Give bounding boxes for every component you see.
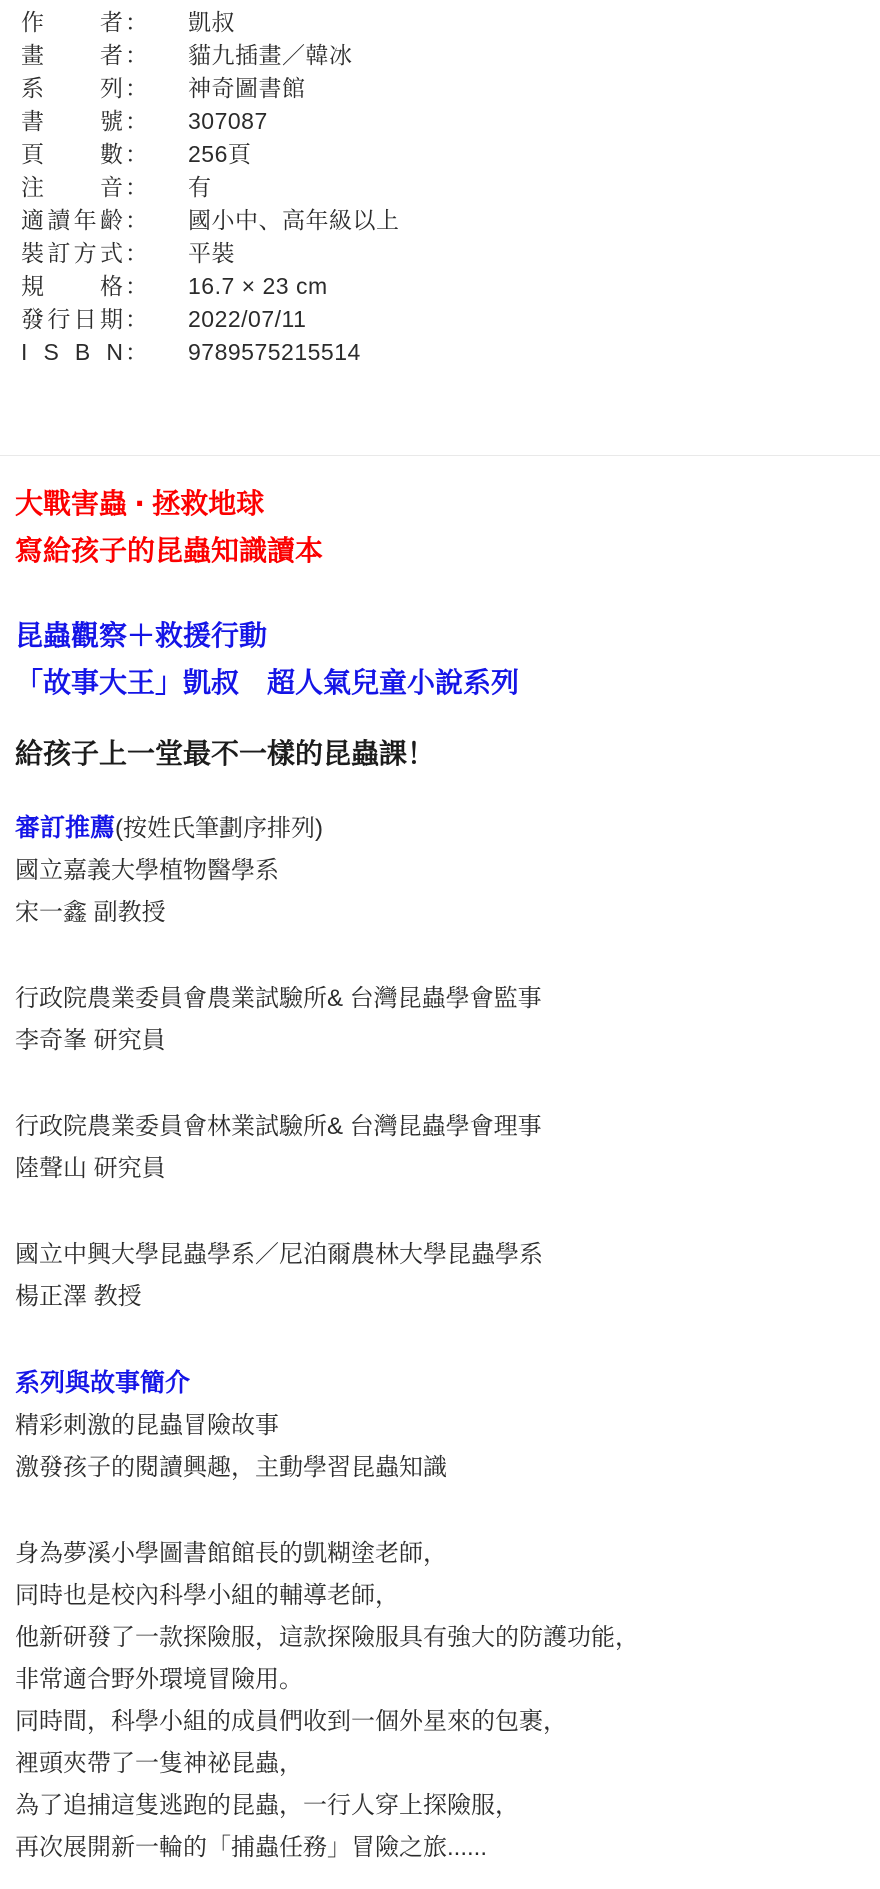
review-entry: 行政院農業委員會農業試驗所& 台灣昆蟲學會監事 李奇峯 研究員 xyxy=(15,978,880,1062)
review-name: 陸聲山 研究員 xyxy=(15,1148,880,1190)
meta-value: 16.7 × 23 cm xyxy=(188,270,328,303)
meta-value: 凱叔 xyxy=(188,6,235,39)
meta-label: 規格 xyxy=(21,270,123,303)
series-intro-title-line: 系列與故事簡介 xyxy=(15,1362,880,1405)
meta-label: 發行日期 xyxy=(21,303,123,336)
meta-colon: ： xyxy=(125,6,148,39)
meta-row-author: 作者：凱叔 xyxy=(21,6,880,39)
meta-label: 裝訂方式 xyxy=(21,237,123,270)
meta-value: 貓九插畫／韓冰 xyxy=(188,39,353,72)
meta-label: 適讀年齡 xyxy=(21,204,123,237)
meta-row-reading-age: 適讀年齡：國小中、高年級以上 xyxy=(21,204,880,237)
story-line: 他新研發了一款探險服，這款探險服具有強大的防護功能， xyxy=(15,1617,880,1659)
meta-row-book-number: 書號：307087 xyxy=(21,105,880,138)
meta-value: 有 xyxy=(188,171,212,204)
review-name: 李奇峯 研究員 xyxy=(15,1020,880,1062)
meta-label: 注音 xyxy=(21,171,123,204)
meta-label: ISBN xyxy=(21,336,123,369)
headline-red-line-2: 寫給孩子的昆蟲知識讀本 xyxy=(15,527,880,574)
meta-row-release-date: 發行日期：2022/07/11 xyxy=(21,303,880,336)
meta-colon: ： xyxy=(125,303,148,336)
review-affiliation: 國立中興大學昆蟲學系／尼泊爾農林大學昆蟲學系 xyxy=(15,1234,880,1276)
meta-value: 2022/07/11 xyxy=(188,303,306,336)
series-tagline: 激發孩子的閱讀興趣，主動學習昆蟲知識 xyxy=(15,1447,880,1489)
meta-label: 作者 xyxy=(21,6,123,39)
review-entry: 國立中興大學昆蟲學系／尼泊爾農林大學昆蟲學系 楊正澤 教授 xyxy=(15,1234,880,1318)
meta-value: 國小中、高年級以上 xyxy=(188,204,400,237)
meta-row-series: 系列：神奇圖書館 xyxy=(21,72,880,105)
story-line: 非常適合野外環境冒險用。 xyxy=(15,1659,880,1701)
review-title: 審訂推薦 xyxy=(15,814,115,842)
story-line: 裡頭夾帶了一隻神祕昆蟲， xyxy=(15,1743,880,1785)
meta-colon: ： xyxy=(125,204,148,237)
book-description: 大戰害蟲 ‧ 拯救地球 寫給孩子的昆蟲知識讀本 昆蟲觀察＋救援行動 「故事大王」… xyxy=(0,480,880,1869)
meta-row-illustrator: 畫者：貓九插畫／韓冰 xyxy=(21,39,880,72)
review-affiliation: 行政院農業委員會農業試驗所& 台灣昆蟲學會監事 xyxy=(15,978,880,1020)
meta-colon: ： xyxy=(125,336,148,369)
review-title-note: (按姓氏筆劃序排列) xyxy=(115,815,323,842)
story-line: 身為夢溪小學圖書館館長的凱糊塗老師， xyxy=(15,1533,880,1575)
story-summary: 身為夢溪小學圖書館館長的凱糊塗老師， 同時也是校內科學小組的輔導老師， 他新研發… xyxy=(15,1533,880,1869)
meta-colon: ： xyxy=(125,237,148,270)
meta-row-isbn: ISBN：9789575215514 xyxy=(21,336,880,369)
meta-row-zhuyin: 注音：有 xyxy=(21,171,880,204)
headline-black: 給孩子上一堂最不一樣的昆蟲課！ xyxy=(15,730,880,777)
meta-row-binding: 裝訂方式：平裝 xyxy=(21,237,880,270)
meta-colon: ： xyxy=(125,72,148,105)
meta-colon: ： xyxy=(125,138,148,171)
review-entry: 行政院農業委員會林業試驗所& 台灣昆蟲學會理事 陸聲山 研究員 xyxy=(15,1106,880,1190)
meta-colon: ： xyxy=(125,39,148,72)
meta-colon: ： xyxy=(125,105,148,138)
story-line: 為了追捕這隻逃跑的昆蟲，一行人穿上探險服， xyxy=(15,1785,880,1827)
meta-value: 神奇圖書館 xyxy=(188,72,306,105)
meta-value: 平裝 xyxy=(188,237,235,270)
review-entry: 審訂推薦(按姓氏筆劃序排列) 國立嘉義大學植物醫學系 宋一鑫 副教授 xyxy=(15,807,880,934)
review-name: 宋一鑫 副教授 xyxy=(15,892,880,934)
story-line: 同時間，科學小組的成員們收到一個外星來的包裹， xyxy=(15,1701,880,1743)
series-intro-header: 系列與故事簡介 精彩刺激的昆蟲冒險故事 激發孩子的閱讀興趣，主動學習昆蟲知識 xyxy=(15,1362,880,1489)
book-detail-page: 作者：凱叔 畫者：貓九插畫／韓冰 系列：神奇圖書館 書號：307087 頁數：2… xyxy=(0,0,880,1889)
meta-label: 頁數 xyxy=(21,138,123,171)
headline-red-line-1: 大戰害蟲 ‧ 拯救地球 xyxy=(15,480,880,527)
headline-black-line: 給孩子上一堂最不一樣的昆蟲課！ xyxy=(15,730,880,777)
story-line: 再次展開新一輪的「捕蟲任務」冒險之旅...... xyxy=(15,1827,880,1869)
meta-value: 256頁 xyxy=(188,138,251,171)
meta-row-size: 規格：16.7 × 23 cm xyxy=(21,270,880,303)
meta-colon: ： xyxy=(125,270,148,303)
series-tagline: 精彩刺激的昆蟲冒險故事 xyxy=(15,1405,880,1447)
meta-row-pages: 頁數：256頁 xyxy=(21,138,880,171)
story-line: 同時也是校內科學小組的輔導老師， xyxy=(15,1575,880,1617)
meta-label: 書號 xyxy=(21,105,123,138)
book-meta-list: 作者：凱叔 畫者：貓九插畫／韓冰 系列：神奇圖書館 書號：307087 頁數：2… xyxy=(0,6,880,369)
headline-blue: 昆蟲觀察＋救援行動 「故事大王」凱叔 超人氣兒童小說系列 xyxy=(15,612,880,706)
review-affiliation: 國立嘉義大學植物醫學系 xyxy=(15,850,880,892)
review-name: 楊正澤 教授 xyxy=(15,1276,880,1318)
headline-blue-line-1: 昆蟲觀察＋救援行動 xyxy=(15,612,880,659)
headline-red: 大戰害蟲 ‧ 拯救地球 寫給孩子的昆蟲知識讀本 xyxy=(15,480,880,574)
series-intro-title: 系列與故事簡介 xyxy=(15,1369,190,1397)
section-divider xyxy=(0,455,880,456)
review-title-line: 審訂推薦(按姓氏筆劃序排列) xyxy=(15,807,880,850)
meta-colon: ： xyxy=(125,171,148,204)
headline-blue-line-2: 「故事大王」凱叔 超人氣兒童小說系列 xyxy=(15,659,880,706)
meta-value: 307087 xyxy=(188,105,268,138)
meta-value: 9789575215514 xyxy=(188,336,361,369)
meta-label: 畫者 xyxy=(21,39,123,72)
meta-label: 系列 xyxy=(21,72,123,105)
review-affiliation: 行政院農業委員會林業試驗所& 台灣昆蟲學會理事 xyxy=(15,1106,880,1148)
